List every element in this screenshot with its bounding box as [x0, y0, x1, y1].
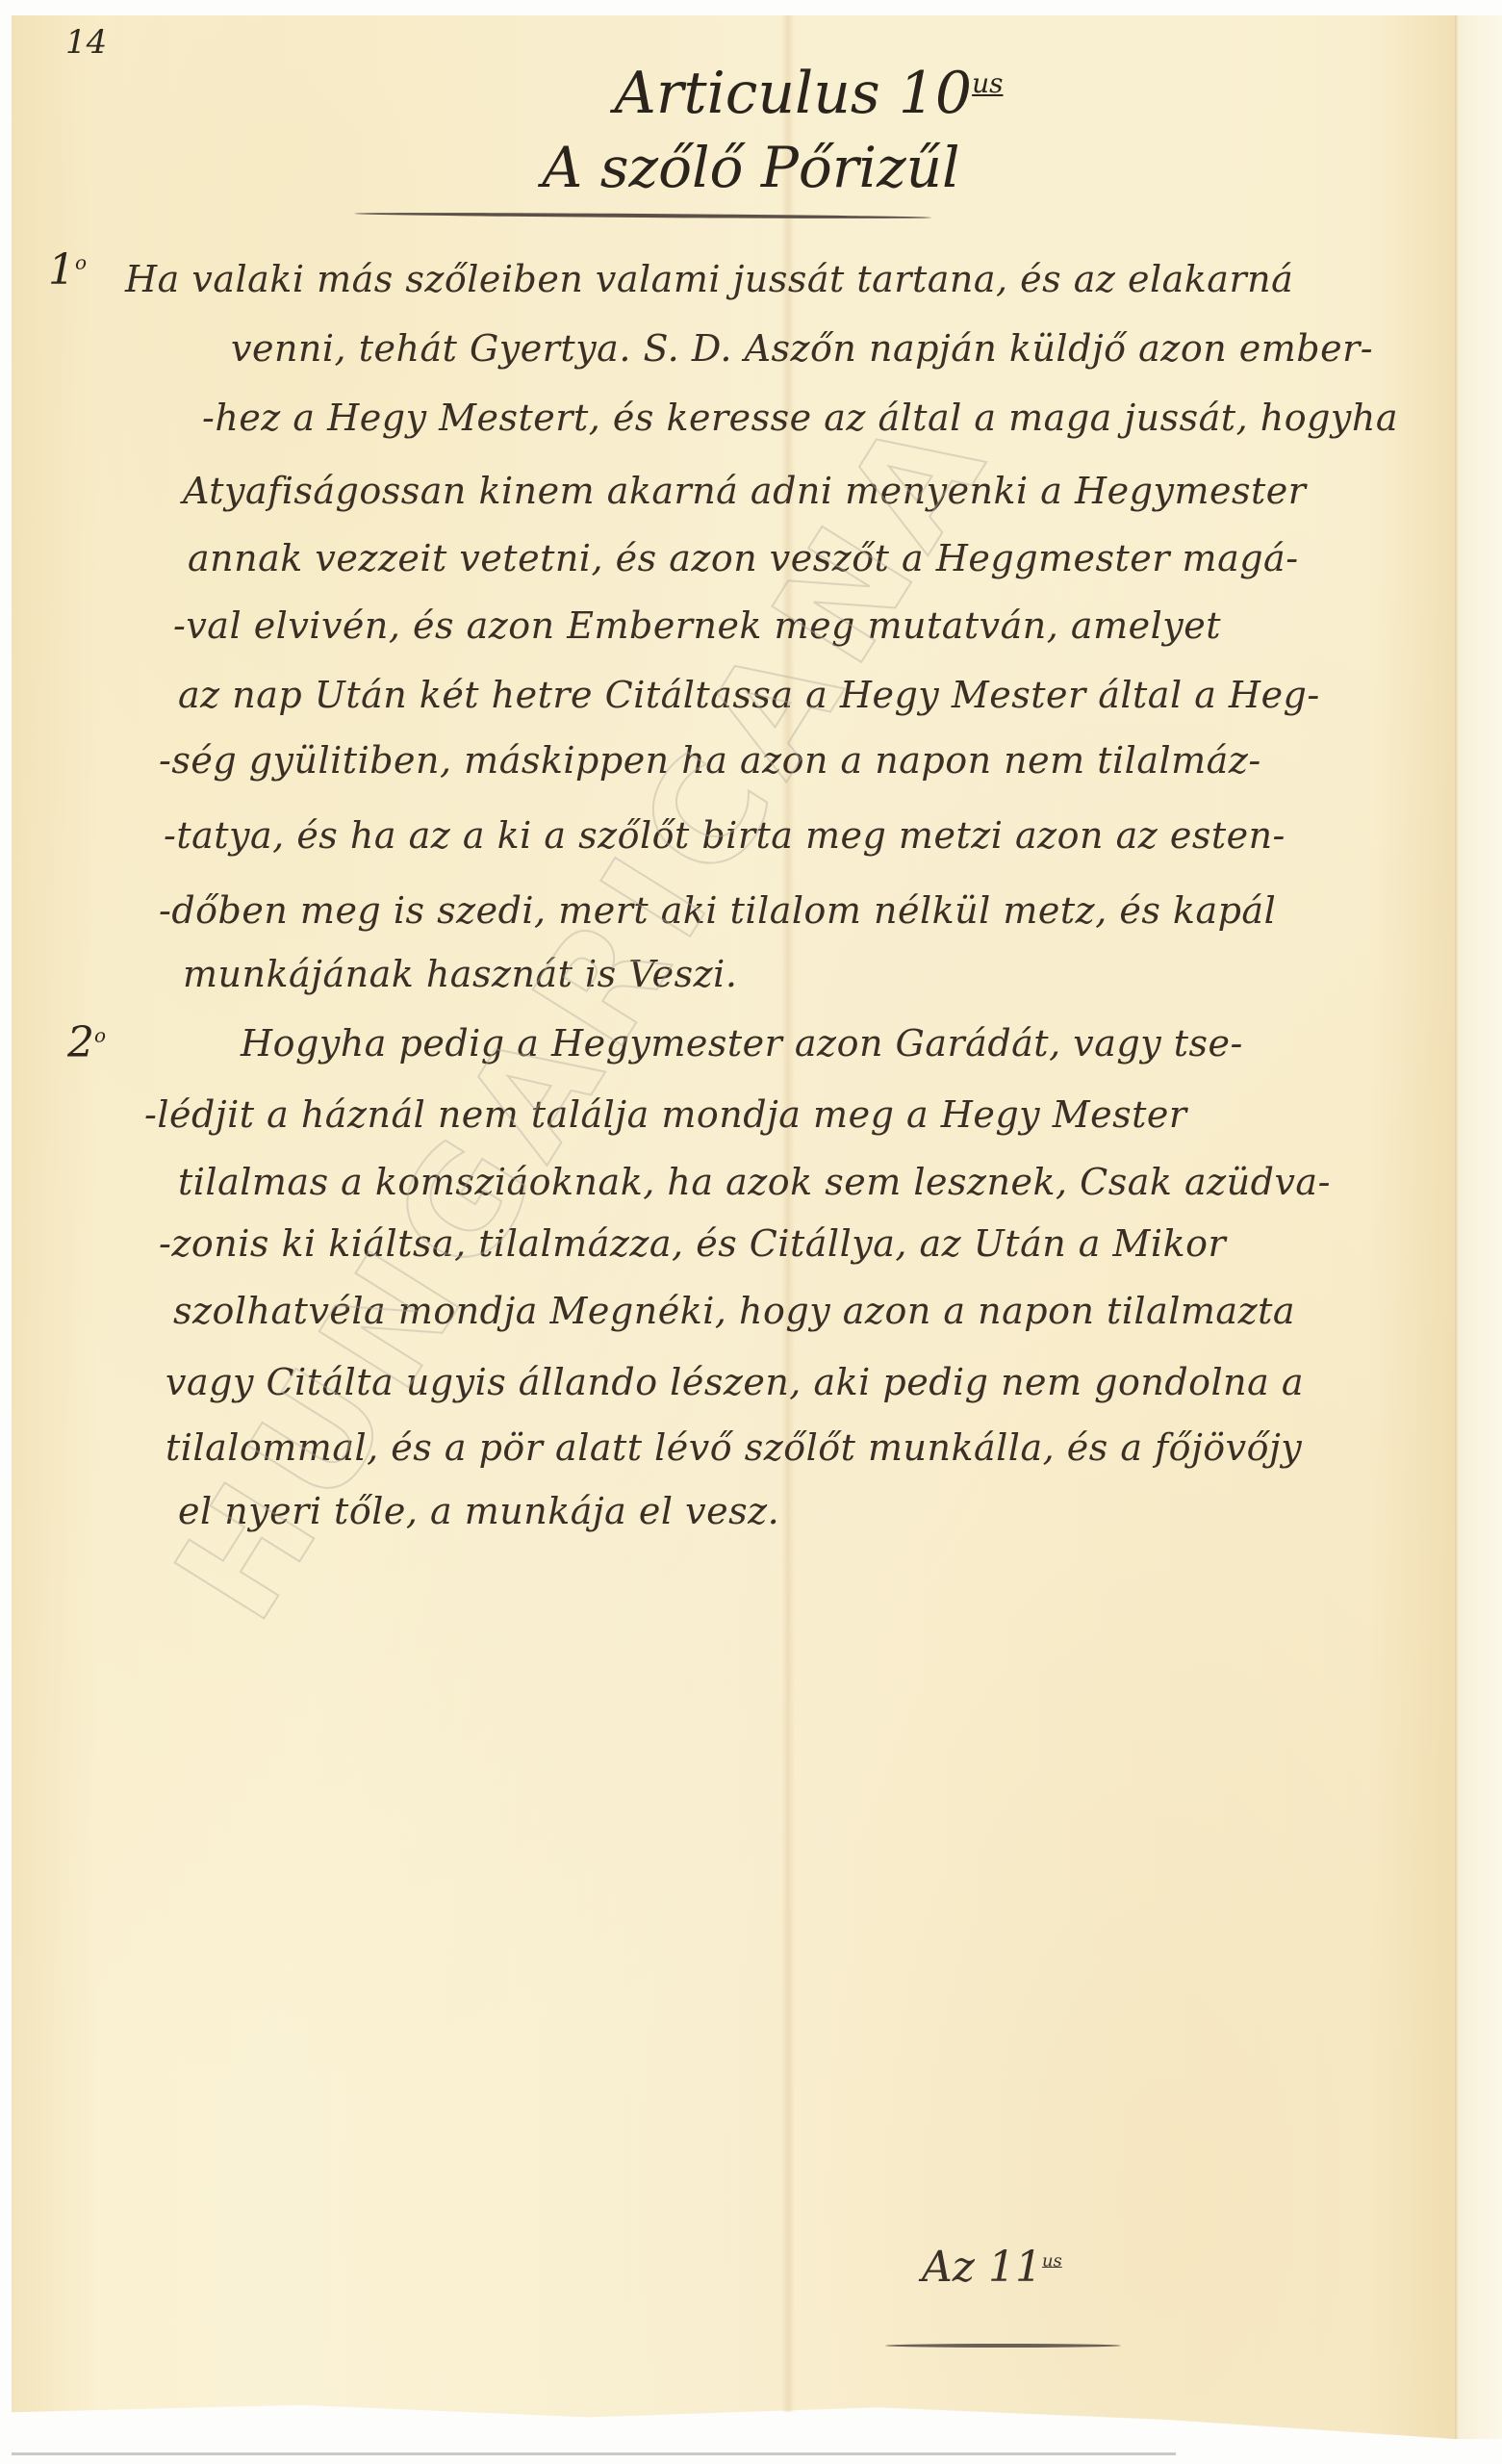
text-line: munkájának hasznát is Veszi.	[183, 953, 737, 995]
section-number-1: 1o	[48, 245, 87, 295]
text-line: az nap Után két hetre Citáltassa a Hegy …	[178, 674, 1320, 716]
page-edge-strip	[1455, 15, 1502, 2439]
article-title: Articulus 10us	[0, 60, 1502, 127]
text-line: el nyeri tőle, a munkája el vesz.	[178, 1490, 779, 1532]
catchword-text: Az 11	[922, 2243, 1042, 2292]
text-line: Atyafiságossan kinem akarná adni menyenk…	[183, 470, 1306, 512]
text-line: -lédjit a háznál nem találja mondja meg …	[144, 1093, 1187, 1136]
article-subtitle: A szőlő Pőrizűl	[0, 135, 1502, 200]
text-line: tilalommal, és a pör alatt lévő szőlőt m…	[165, 1426, 1302, 1469]
text-line: -val elvivén, és azon Embernek meg mutat…	[173, 604, 1221, 647]
folio-number: 14	[65, 23, 107, 62]
text-line: -hez a Hegy Mestert, és keresse az által…	[202, 397, 1398, 439]
next-page-edge	[12, 2452, 1176, 2455]
paper-fold-line	[781, 15, 795, 2412]
text-line: annak vezzeit vetetni, és azon veszőt a …	[188, 537, 1299, 579]
ordinal-suffix: us	[972, 67, 1003, 99]
text-line: tilalmas a komsziáoknak, ha azok sem les…	[178, 1161, 1331, 1203]
section-number-suffix: o	[94, 1023, 106, 1046]
text-line: Hogyha pedig a Hegymester azon Garádát, …	[241, 1022, 1243, 1065]
section-number-suffix: o	[75, 250, 87, 273]
text-line: -dőben meg is szedi, mert aki tilalom né…	[159, 889, 1276, 932]
text-line: venni, tehát Gyertya. S. D. Aszőn napján…	[231, 327, 1373, 370]
catchword-underline	[885, 2344, 1121, 2348]
section-number-text: 2	[67, 1018, 94, 1067]
catchword: Az 11us	[922, 2243, 1062, 2292]
text-line: Ha valaki más szőleiben valami jussát ta…	[125, 258, 1293, 300]
section-number-2: 2o	[67, 1018, 106, 1067]
ordinal-suffix: us	[1042, 2250, 1062, 2271]
text-line: szolhatvéla mondja Megnéki, hogy azon a …	[173, 1290, 1295, 1332]
section-number-text: 1	[48, 245, 75, 295]
text-line: vagy Citálta ugyis állando lészen, aki p…	[165, 1361, 1304, 1403]
article-title-text: Articulus 10	[614, 60, 972, 127]
text-line: -tatya, és ha az a ki a szőlőt birta meg…	[164, 814, 1286, 857]
text-line: -ség gyülitiben, máskippen ha azon a nap…	[159, 739, 1261, 782]
text-line: -zonis ki kiáltsa, tilalmázza, és Citáll…	[159, 1222, 1226, 1265]
